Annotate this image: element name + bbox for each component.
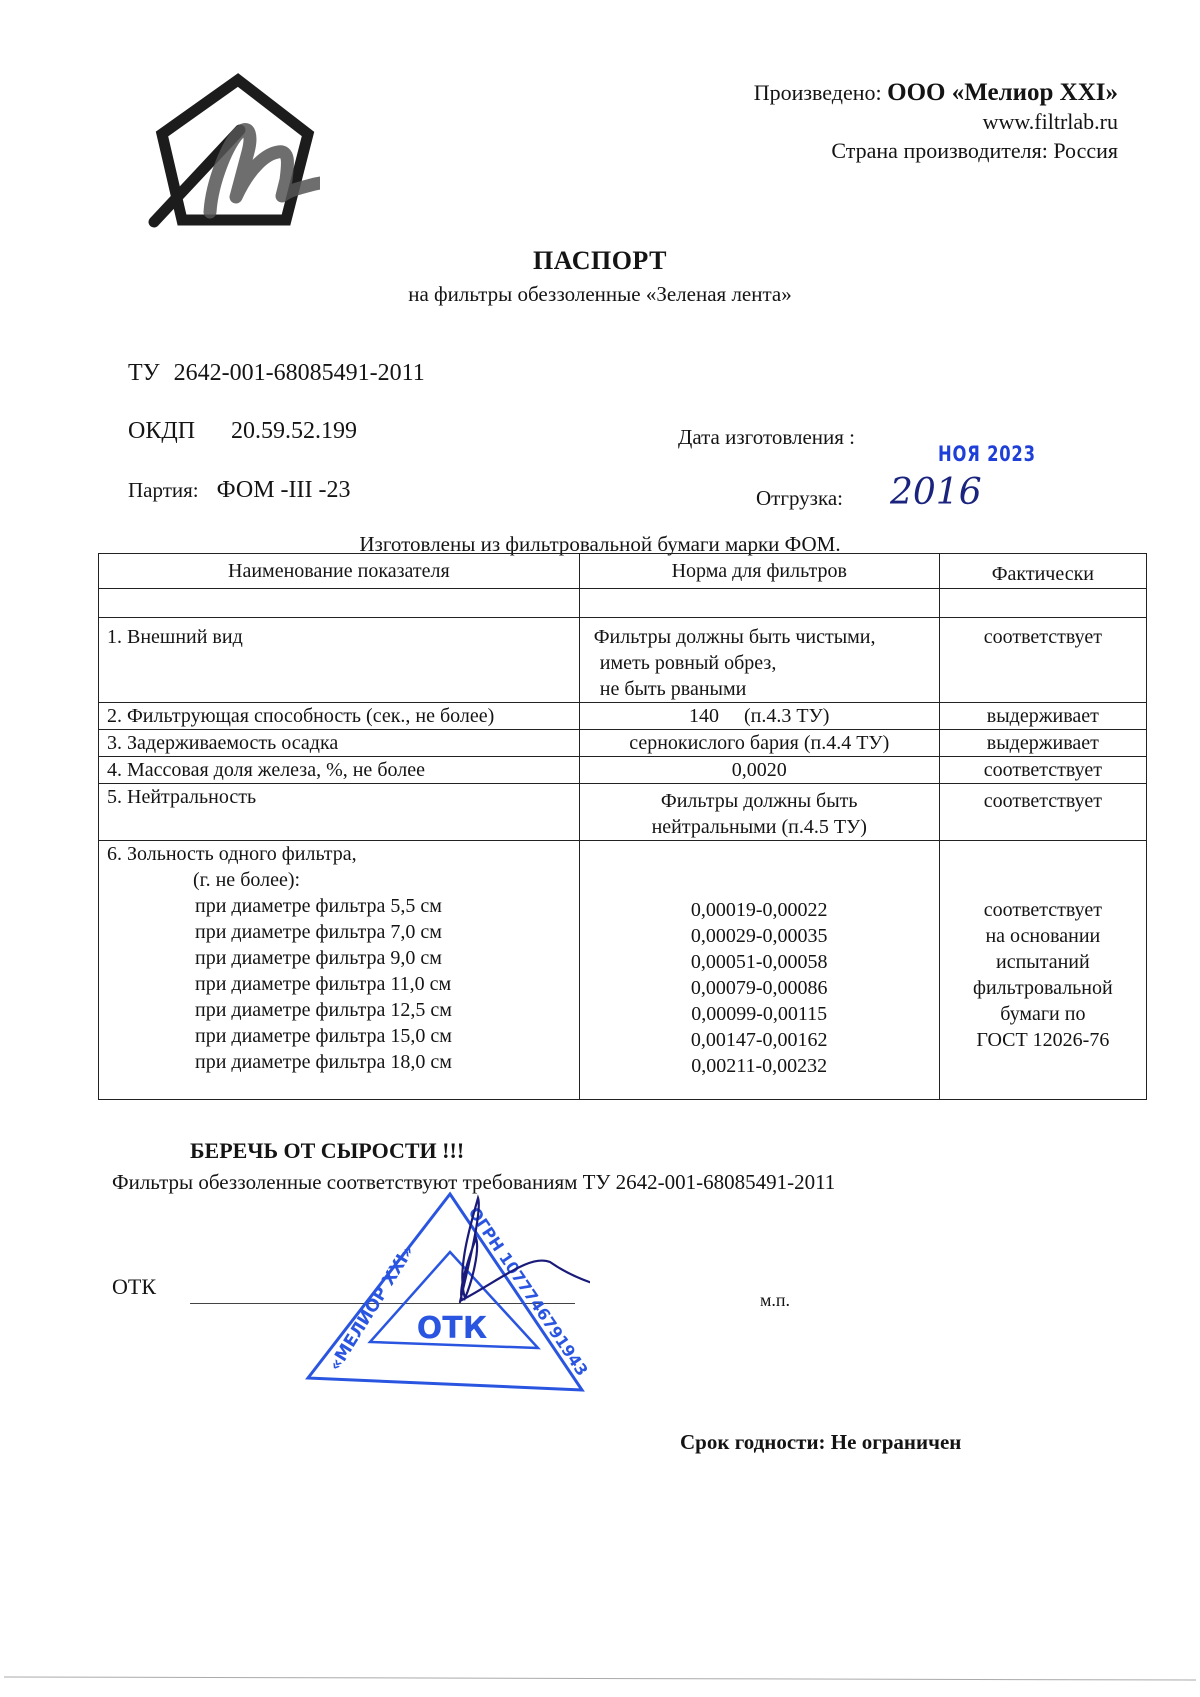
ash-actual-cell: соответствует на основании испытаний фил…	[939, 841, 1146, 1100]
manufacture-date-stamp: НОЯ 2023	[938, 442, 1036, 466]
header-indicator: Наименование показателя	[99, 554, 580, 589]
table-empty-row	[99, 589, 1147, 618]
company-logo-icon	[140, 72, 320, 232]
row-name: 3. Задерживаемость осадка	[99, 730, 580, 757]
website-text: www.filtrlab.ru	[754, 107, 1118, 136]
ash-name-cell: 6. Зольность одного фильтра, (г. не боле…	[99, 841, 580, 1100]
party-label: Партия:	[128, 478, 199, 502]
shipment-handwritten-value: 2016	[890, 472, 982, 513]
row-actual: соответствует	[939, 618, 1146, 703]
okdp-code: 20.59.52.199	[231, 418, 357, 444]
row-norm: сернокислого бария (п.4.4 ТУ)	[579, 730, 939, 757]
company-name: ООО «Мелиор XXI»	[887, 79, 1118, 106]
row-name: 1. Внешний вид	[99, 618, 580, 703]
manufacture-date-label: Дата изготовления :	[678, 425, 855, 450]
page-edge-line	[4, 1676, 1196, 1680]
table-header-row: Наименование показателя Норма для фильтр…	[99, 554, 1147, 589]
shipment-label: Отгрузка:	[756, 486, 843, 511]
header-norm: Норма для фильтров	[579, 554, 939, 589]
ash-title: 6. Зольность одного фильтра,	[107, 841, 571, 867]
table-row: 4. Массовая доля железа, %, не более 0,0…	[99, 757, 1147, 784]
tu-code: 2642-001-68085491-2011	[174, 360, 425, 386]
table-row: 1. Внешний вид Фильтры должны быть чисты…	[99, 618, 1147, 703]
party-line: Партия:ФОМ -III -23	[128, 477, 351, 504]
row-norm: Фильтры должны быть нейтральными (п.4.5 …	[579, 784, 939, 841]
row-actual: выдерживает	[939, 703, 1146, 730]
row-name: 4. Массовая доля железа, %, не более	[99, 757, 580, 784]
table-row: 2. Фильтрующая способность (сек., не бол…	[99, 703, 1147, 730]
otk-label: ОТК	[112, 1274, 156, 1300]
row-norm: Фильтры должны быть чистыми, иметь ровны…	[579, 618, 939, 703]
country-text: Страна производителя: Россия	[754, 136, 1118, 165]
ash-unit: (г. не более):	[107, 867, 571, 893]
row-name: 5. Нейтральность	[99, 784, 580, 841]
header-actual: Фактически	[939, 554, 1146, 589]
okdp-line: ОКДП20.59.52.199	[128, 418, 357, 445]
party-code: ФОМ -III -23	[217, 477, 351, 503]
svg-text:ОТК: ОТК	[417, 1311, 488, 1346]
seal-place-label: м.п.	[760, 1290, 790, 1311]
ash-values-cell: 0,00019-0,00022 0,00029-0,00035 0,00051-…	[579, 841, 939, 1100]
row-actual: соответствует	[939, 784, 1146, 841]
specification-table: Наименование показателя Норма для фильтр…	[98, 553, 1147, 1100]
row-actual: соответствует	[939, 757, 1146, 784]
otk-stamp-icon: ОТК «МЕЛИОР XXI» ОГРН 1077746791943	[300, 1190, 590, 1400]
table-row: 5. Нейтральность Фильтры должны быть ней…	[99, 784, 1147, 841]
svg-text:ОГРН 1077746791943: ОГРН 1077746791943	[465, 1204, 590, 1380]
moisture-warning: БЕРЕЧЬ ОТ СЫРОСТИ !!!	[190, 1138, 464, 1164]
produced-label: Произведено:	[754, 80, 882, 105]
svg-text:«МЕЛИОР XXI»: «МЕЛИОР XXI»	[325, 1242, 418, 1375]
tu-label: ТУ	[128, 360, 160, 386]
tu-line: ТУ2642-001-68085491-2011	[128, 360, 425, 387]
row-norm: 140 (п.4.3 ТУ)	[579, 703, 939, 730]
row-name: 2. Фильтрующая способность (сек., не бол…	[99, 703, 580, 730]
expiry-text: Срок годности: Не ограничен	[680, 1430, 961, 1455]
row-norm: 0,0020	[579, 757, 939, 784]
table-row: 3. Задерживаемость осадка сернокислого б…	[99, 730, 1147, 757]
document-subtitle: на фильтры обеззоленные «Зеленая лента»	[0, 282, 1200, 307]
document-title: ПАСПОРТ	[0, 246, 1200, 276]
row-actual: выдерживает	[939, 730, 1146, 757]
producer-info: Произведено: ООО «Мелиор XXI» www.filtrl…	[754, 78, 1118, 165]
okdp-label: ОКДП	[128, 418, 195, 444]
table-row-ash: 6. Зольность одного фильтра, (г. не боле…	[99, 841, 1147, 1100]
